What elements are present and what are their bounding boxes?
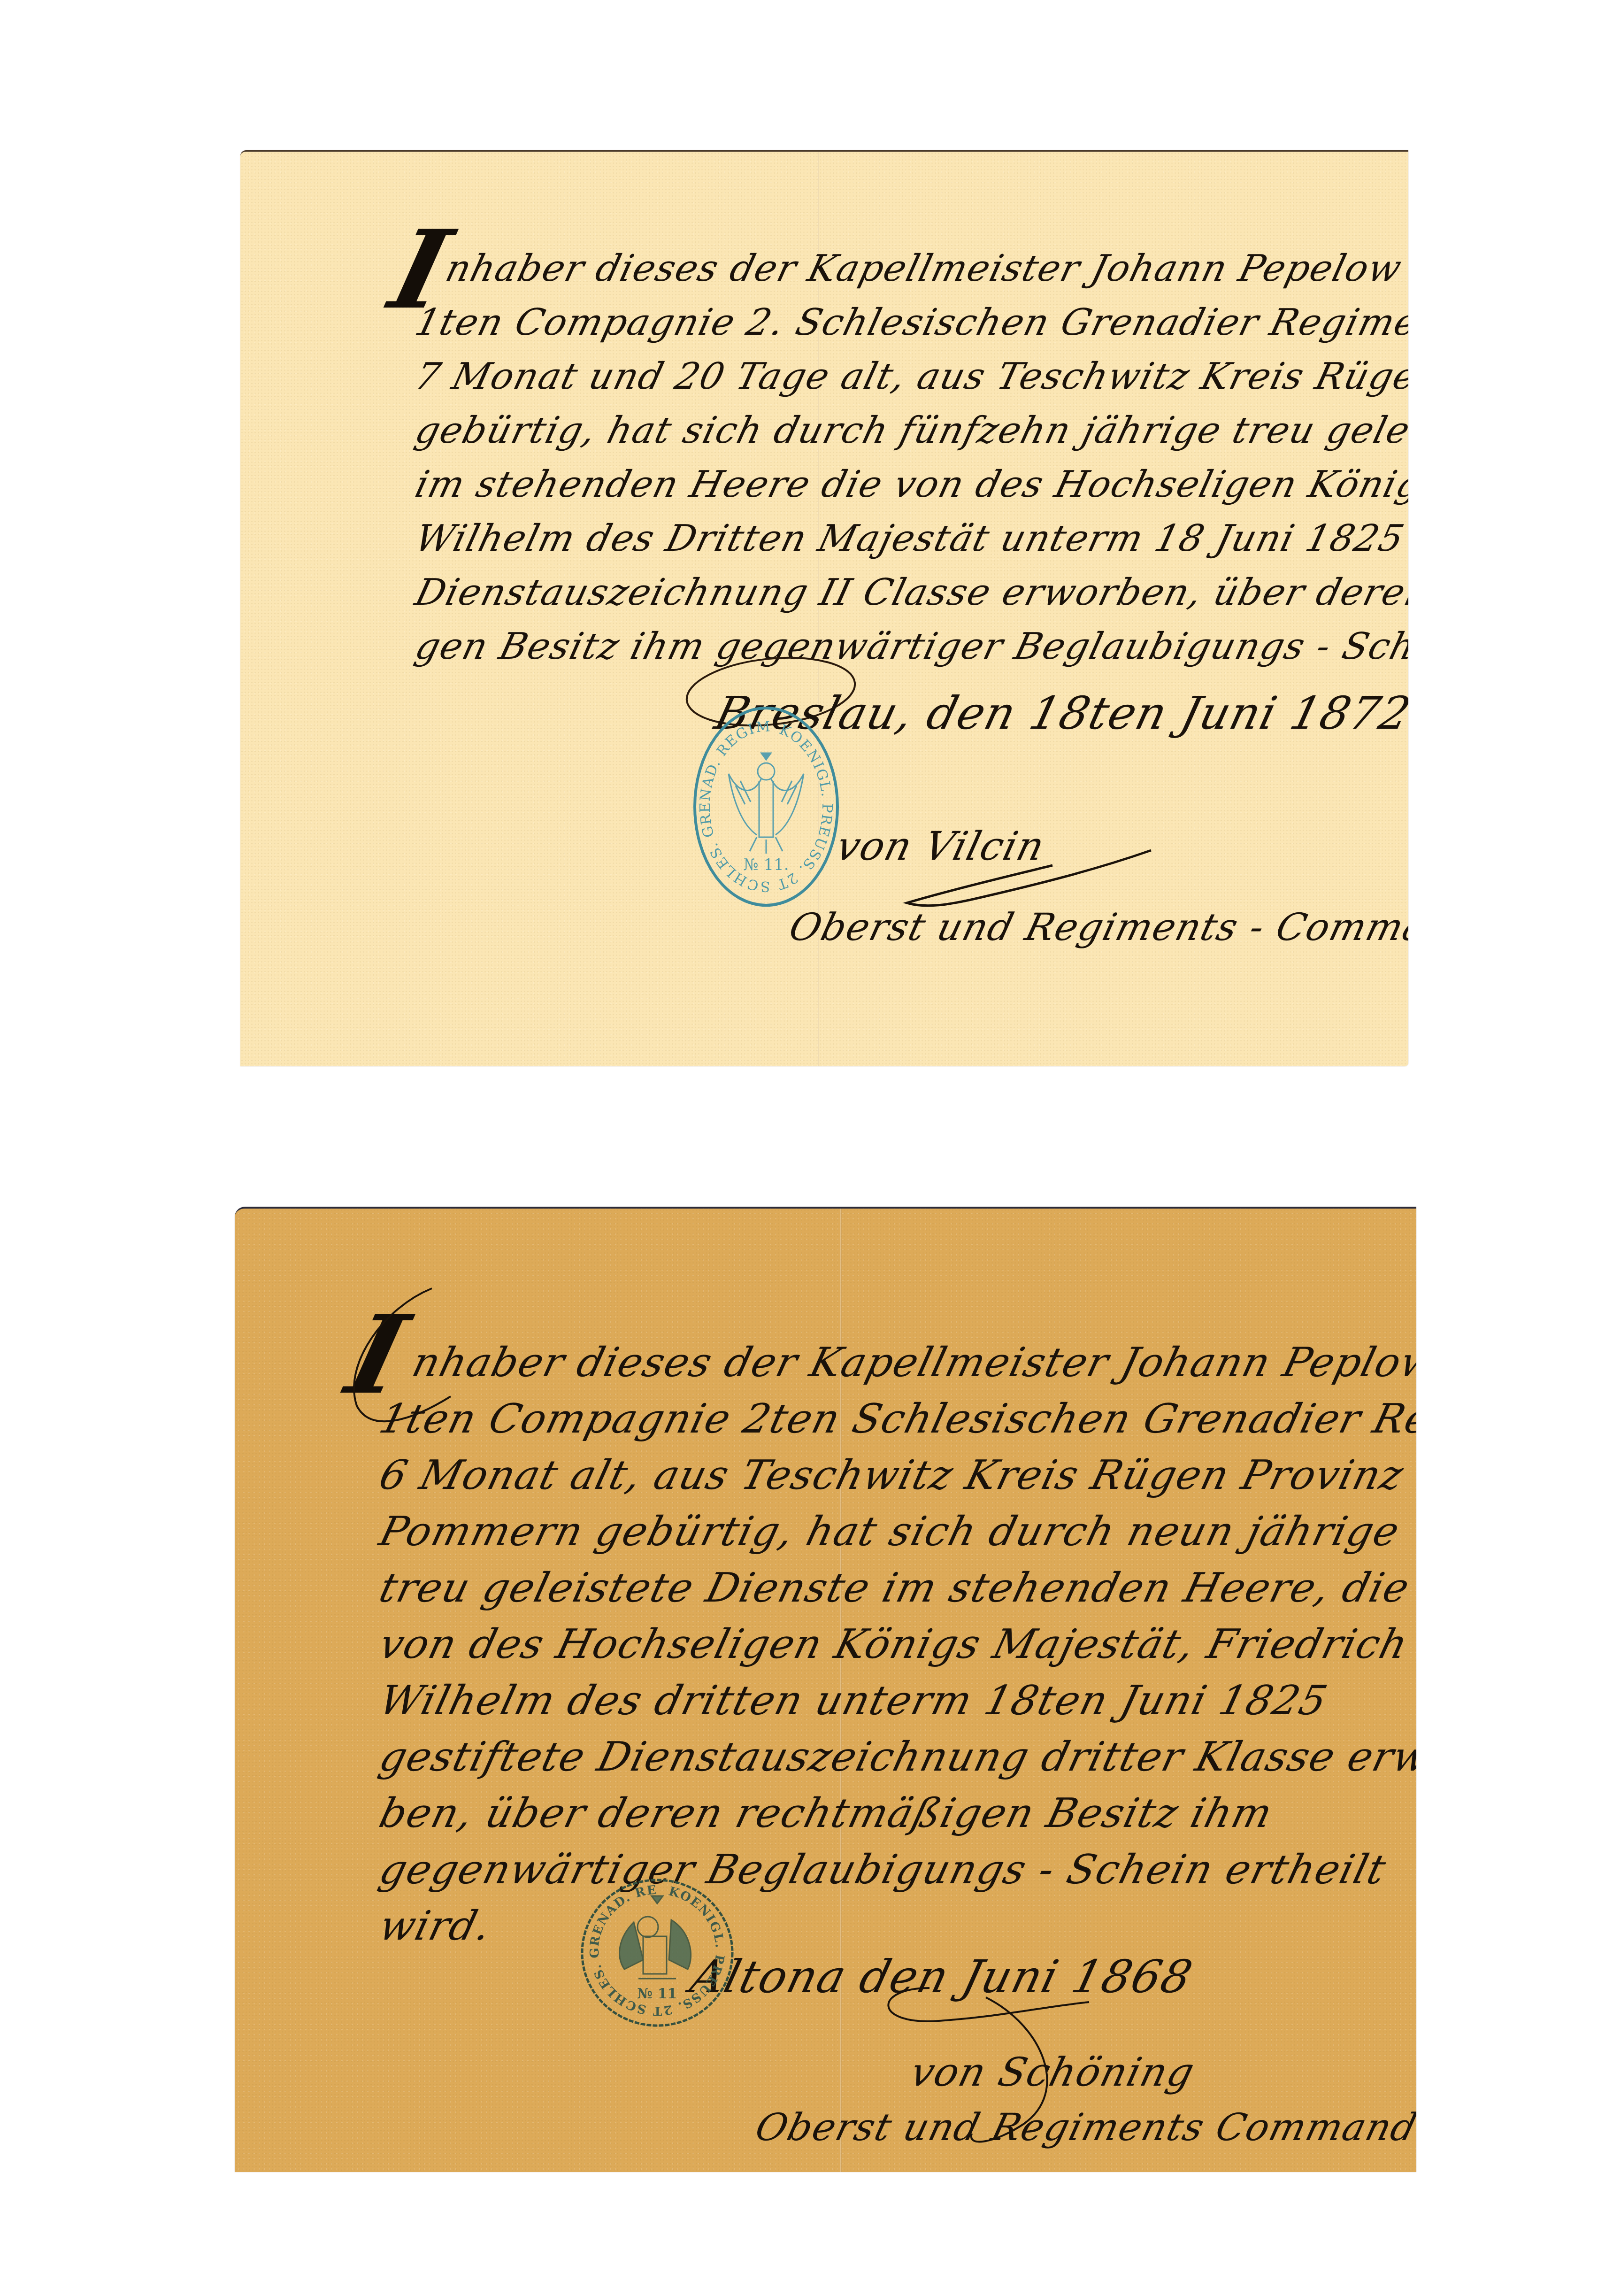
svg-text:№ 11.: № 11. bbox=[743, 855, 789, 874]
body-line-10: gegenwärtiger Beglaubigungs - Schein ert… bbox=[376, 1849, 1390, 1890]
body-line-9: ben, über deren rechtmäßigen Besitz ihm bbox=[376, 1793, 1277, 1834]
certificate-sheet-1868: I nhaber dieses der Kapellmeister Johann… bbox=[235, 1207, 1416, 2172]
body-line-5: treu geleistete Dienste im stehenden Hee… bbox=[376, 1568, 1414, 1608]
body-line-6: Wilhelm des Dritten Majestät unterm 18 J… bbox=[412, 520, 1408, 557]
body-line-3: 6 Monat alt, aus Teschwitz Kreis Rügen P… bbox=[376, 1455, 1408, 1495]
rank-signoff: Oberst und Regiments - Commandeur. bbox=[785, 905, 1408, 949]
body-line-4: gebürtig, hat sich durch fünfzehn jährig… bbox=[412, 412, 1408, 449]
body-line-7: Dienstauszeichnung II Classe erworben, ü… bbox=[412, 574, 1408, 611]
commander-signature: von Schöning bbox=[906, 2049, 1199, 2095]
body-line-4: Pommern gebürtig, hat sich durch neun jä… bbox=[376, 1511, 1404, 1552]
body-line-1: nhaber dieses der Kapellmeister Johann P… bbox=[442, 250, 1408, 287]
place-date: Altona den Juni 1868 bbox=[685, 1950, 1198, 2003]
body-line-8: gestiftete Dienstauszeichnung dritter Kl… bbox=[376, 1737, 1416, 1777]
regimental-stamp: KOENIGL. PREUSS. 2T SCHLES. GRENAD. REGI… bbox=[577, 1875, 737, 2030]
body-line-6: von des Hochseligen Königs Majestät, Fri… bbox=[376, 1624, 1413, 1664]
body-line-1: nhaber dieses der Kapellmeister Johann P… bbox=[408, 1342, 1416, 1383]
regimental-stamp: KOENIGL. PREUSS. 2T SCHLES. GRENAD. REGI… bbox=[691, 703, 841, 910]
body-line-3: 7 Monat und 20 Tage alt, aus Teschwitz K… bbox=[412, 358, 1408, 395]
body-line-11: wird. bbox=[376, 1906, 496, 1946]
body-line-7: Wilhelm des dritten unterm 18ten Juni 18… bbox=[376, 1680, 1332, 1721]
svg-text:№ 11: № 11 bbox=[638, 1986, 677, 2002]
drop-cap: I bbox=[341, 1312, 413, 1398]
certificate-sheet-1872: I nhaber dieses der Kapellmeister Johann… bbox=[240, 150, 1408, 1066]
body-line-8: gen Besitz ihm gegenwärtiger Beglaubigun… bbox=[412, 628, 1408, 665]
rank-signoff: Oberst und Regiments Commandeur bbox=[751, 2105, 1416, 2149]
body-line-5: im stehenden Heere die von des Hochselig… bbox=[412, 466, 1408, 503]
commander-signature: von Vilcin bbox=[832, 823, 1050, 869]
prussian-eagle-seal-icon: KOENIGL. PREUSS. 2T SCHLES. GRENAD. REGI… bbox=[577, 1875, 737, 2030]
body-line-2: 1ten Compagnie 2. Schlesischen Grenadier… bbox=[412, 304, 1408, 341]
body-line-2: 1ten Compagnie 2ten Schlesischen Grenadi… bbox=[376, 1399, 1416, 1439]
prussian-eagle-seal-icon: KOENIGL. PREUSS. 2T SCHLES. GRENAD. REGI… bbox=[691, 703, 841, 910]
drop-cap: I bbox=[384, 227, 456, 313]
